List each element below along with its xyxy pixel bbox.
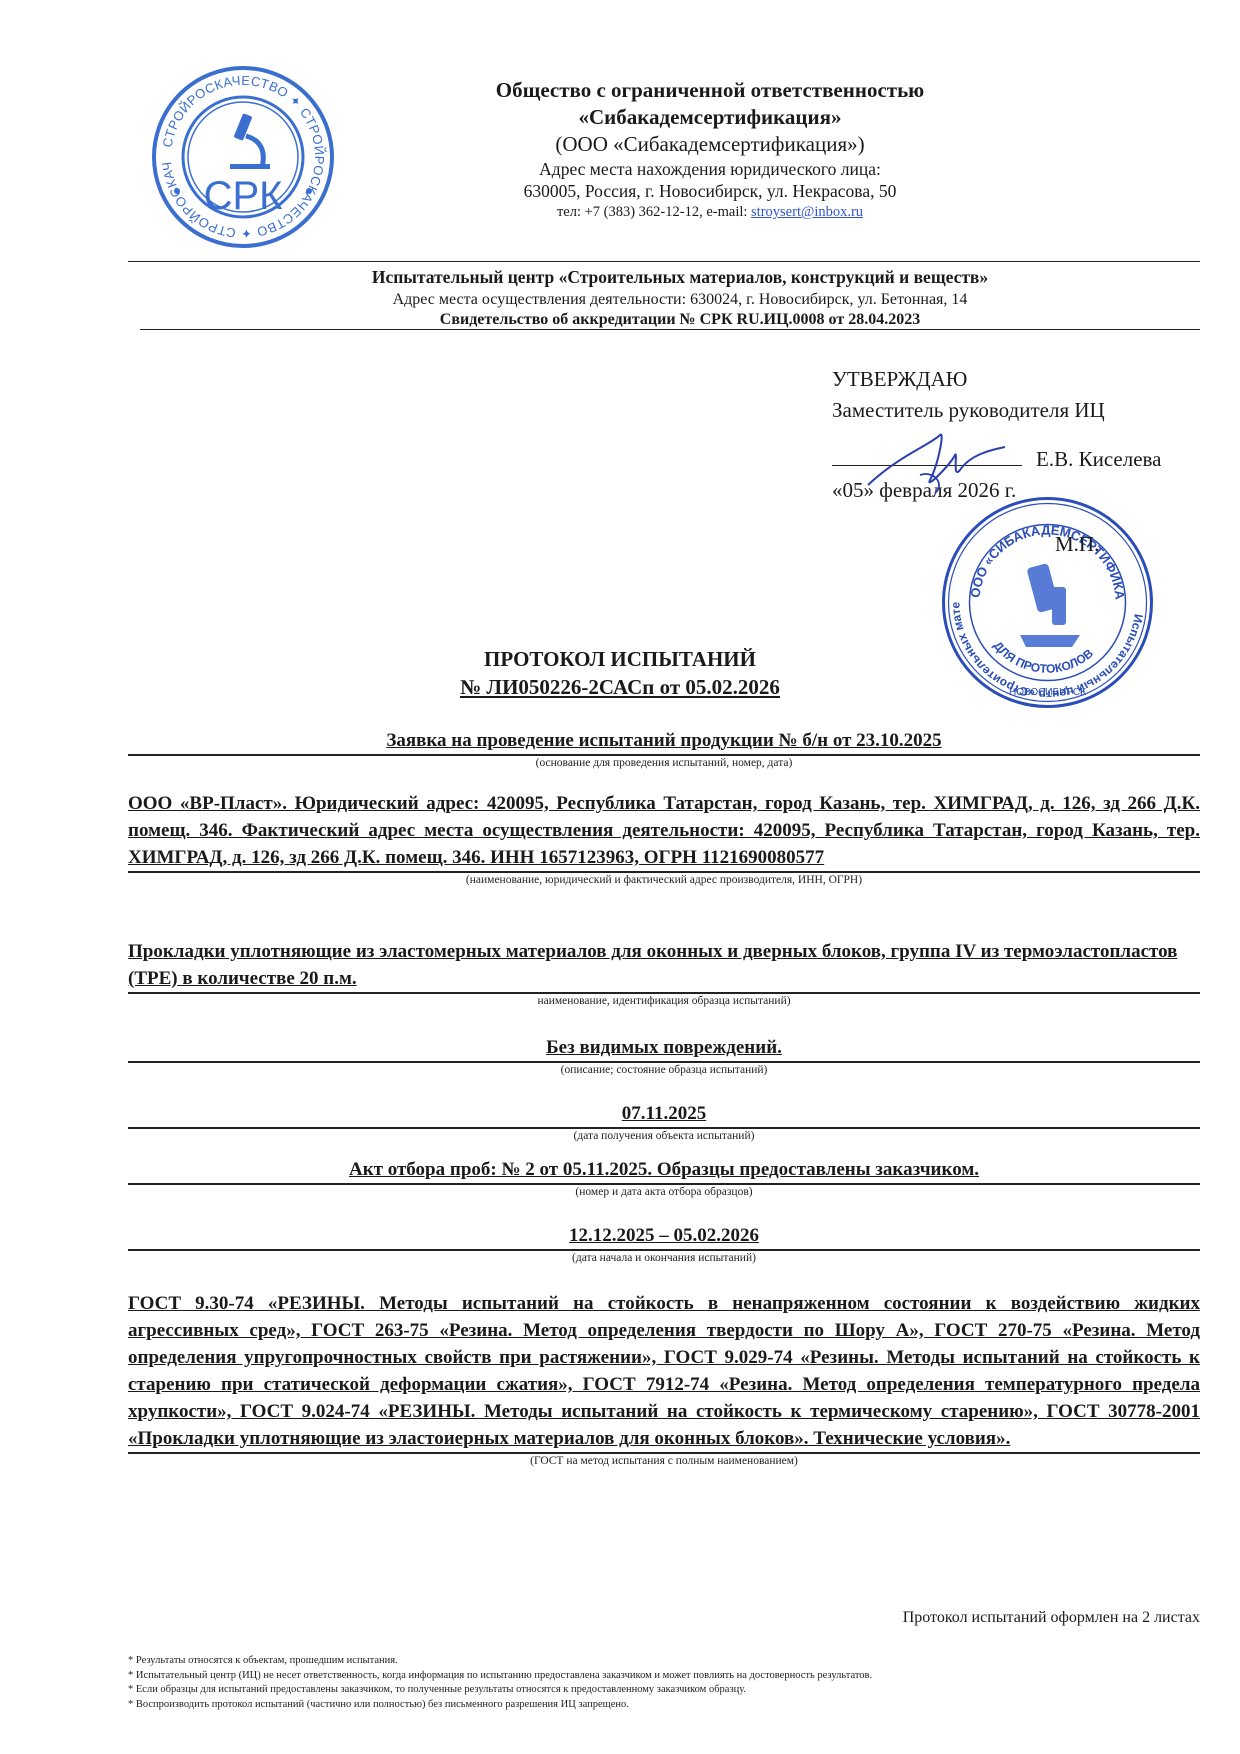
field-received-date-caption: (дата получения объекта испытаний) [128,1129,1200,1144]
org-short-name: (ООО «Сибакадемсертификация») [380,131,1040,158]
contacts-phone: тел: +7 (383) 362-12-12, e-mail: [557,204,751,220]
field-test-period-value: 12.12.2025 – 05.02.2026 [128,1222,1200,1249]
field-manufacturer-caption: (наименование, юридический и фактический… [128,873,1200,888]
protocol-title-block: ПРОТОКОЛ ИСПЫТАНИЙ № ЛИ050226-2САСп от 0… [340,645,900,701]
field-condition-caption: (описание; состояние образца испытаний) [128,1063,1200,1078]
srk-seal-icon: СТРОЙРОСКАЧЕСТВО ✦ СТРОЙРОСКАЧЕСТВО ✦ СТ… [150,64,336,250]
contacts: тел: +7 (383) 362-12-12, e-mail: stroyse… [380,202,1040,222]
field-test-period-caption: (дата начала и окончания испытаний) [128,1251,1200,1266]
approval-heading: УТВЕРЖДАЮ [832,364,1162,395]
signatory-name: Е.В. Киселева [1036,447,1162,471]
field-basis: Заявка на проведение испытаний продукции… [128,727,1200,771]
stamp-icon: Испытательный центр «Строительных матери… [940,495,1155,710]
footnote: * Испытательный центр (ИЦ) не несет отве… [128,1669,872,1684]
stamp-placeholder-label: М.П. [1055,532,1099,557]
microscope-emblem [1020,563,1080,647]
pages-note: Протокол испытаний оформлен на 2 листах [903,1609,1200,1627]
header-divider [128,261,1200,262]
protocol-title: ПРОТОКОЛ ИСПЫТАНИЙ [340,645,900,673]
lab-info: Испытательный центр «Строительных матери… [140,265,1220,330]
field-received-date-value: 07.11.2025 [128,1100,1200,1127]
field-manufacturer-value: ООО «ВР-Пласт». Юридический адрес: 42009… [128,790,1200,871]
field-sample: Прокладки уплотняющие из эластомерных ма… [128,938,1200,1009]
lab-address: Адрес места осуществления деятельности: … [140,289,1220,310]
field-test-methods: ГОСТ 9.30-74 «РЕЗИНЫ. Методы испытаний н… [128,1290,1200,1469]
field-test-methods-caption: (ГОСТ на метод испытания с полным наимен… [128,1454,1200,1469]
field-sample-value: Прокладки уплотняющие из эластомерных ма… [128,938,1200,992]
lab-divider [140,329,1200,330]
field-test-period: 12.12.2025 – 05.02.2026 (дата начала и о… [128,1222,1200,1266]
legal-address: 630005, Россия, г. Новосибирск, ул. Некр… [380,180,1040,202]
field-basis-value: Заявка на проведение испытаний продукции… [128,727,1200,754]
field-manufacturer: ООО «ВР-Пласт». Юридический адрес: 42009… [128,790,1200,888]
official-stamp: Испытательный центр «Строительных матери… [940,495,1155,710]
field-received-date: 07.11.2025 (дата получения объекта испыт… [128,1100,1200,1144]
svg-text:СРК: СРК [204,174,284,218]
lab-name: Испытательный центр «Строительных матери… [140,265,1220,289]
field-condition-value: Без видимых повреждений. [128,1034,1200,1061]
field-sampling-act-value: Акт отбора проб: № 2 от 05.11.2025. Обра… [128,1156,1200,1183]
email-link[interactable]: stroysert@inbox.ru [751,204,863,220]
footnotes: * Результаты относятся к объектам, проше… [128,1654,872,1712]
footnote: * Воспроизводить протокол испытаний (час… [128,1698,872,1713]
signature-icon [860,425,1010,505]
field-sample-caption: наименование, идентификация образца испы… [128,994,1200,1009]
protocol-number: № ЛИ050226-2САСп от 05.02.2026 [340,673,900,701]
signature [860,425,1010,505]
field-test-methods-value: ГОСТ 9.30-74 «РЕЗИНЫ. Методы испытаний н… [128,1290,1200,1452]
org-full-name: Общество с ограниченной ответственностью [380,77,1040,104]
microscope-icon [230,113,270,169]
accreditation: Свидетельство об аккредитации № СРК RU.И… [140,310,1220,330]
company-logo: СТРОЙРОСКАЧЕСТВО ✦ СТРОЙРОСКАЧЕСТВО ✦ СТ… [150,64,336,250]
field-basis-caption: (основание для проведения испытаний, ном… [128,756,1200,771]
footnote: * Результаты относятся к объектам, проше… [128,1654,872,1669]
org-quoted-name: «Сибакадемсертификация» [380,104,1040,131]
legal-address-label: Адрес места нахождения юридического лица… [380,158,1040,180]
footnote: * Если образцы для испытаний предоставле… [128,1683,872,1698]
field-condition: Без видимых повреждений. (описание; сост… [128,1034,1200,1078]
company-header: Общество с ограниченной ответственностью… [380,77,1040,222]
field-sampling-act: Акт отбора проб: № 2 от 05.11.2025. Обра… [128,1156,1200,1200]
approval-position: Заместитель руководителя ИЦ [832,395,1162,426]
svg-text:НОВОСИБИРСК: НОВОСИБИРСК [1009,687,1086,698]
field-sampling-act-caption: (номер и дата акта отбора образцов) [128,1185,1200,1200]
